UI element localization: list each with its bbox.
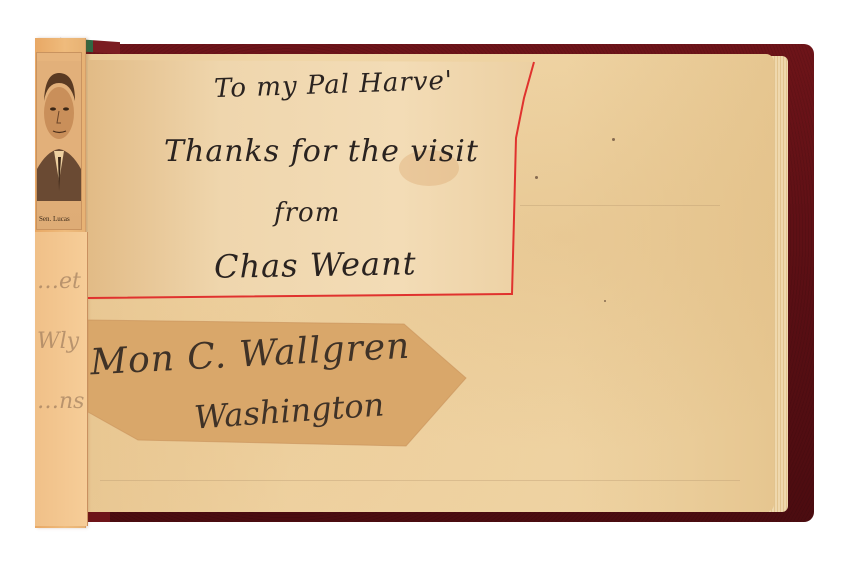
portrait-image (37, 61, 81, 201)
newspaper-portrait-clipping: Sen. Lucas (36, 52, 82, 230)
photo-caption: Sen. Lucas (39, 215, 81, 223)
note-signature: Chas Weant (214, 244, 417, 286)
signature-clipping: Mon C. Wallgren Washington (84, 316, 468, 452)
paper-speck (612, 138, 615, 141)
handwritten-note-clipping: To my Pal Harve' Thanks for the visit fr… (84, 58, 536, 302)
page-faint-line (100, 480, 740, 481)
facing-page-lower: …et Wly …ns (35, 232, 88, 526)
paper-speck (604, 300, 606, 302)
faint-pencil-signature: …et Wly …ns (37, 252, 85, 502)
page-faint-line (520, 205, 720, 206)
note-line-from: from (274, 198, 340, 228)
autograph-album-photo: …et Wly …ns Sen. Lucas (0, 0, 850, 566)
note-line-thanks: Thanks for the visit (164, 134, 479, 169)
